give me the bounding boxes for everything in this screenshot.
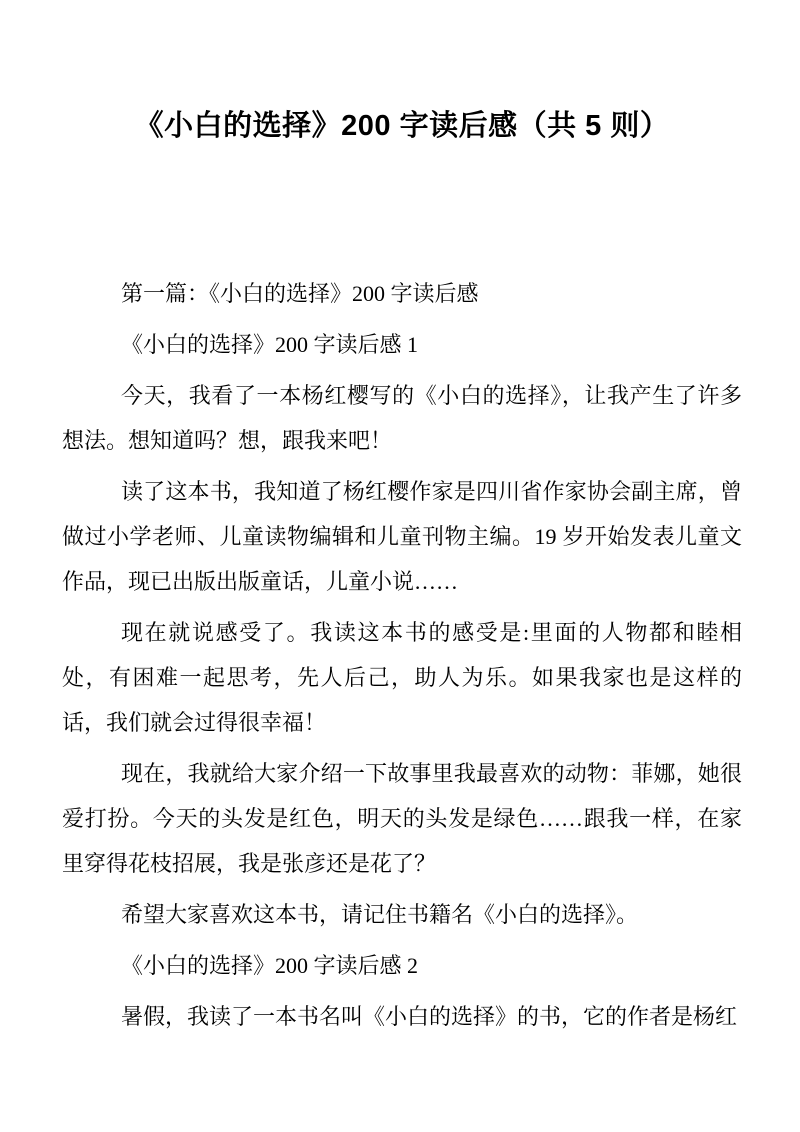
- document-title: 《小白的选择》200 字读后感（共 5 则）: [62, 105, 742, 147]
- subsection-heading-review1: 《小白的选择》200 字读后感 1: [62, 322, 742, 367]
- document-page: 《小白的选择》200 字读后感（共 5 则） 第一篇：《小白的选择》200 字读…: [0, 0, 800, 1132]
- paragraph: 希望大家喜欢这本书，请记住书籍名《小白的选择》。: [62, 892, 742, 937]
- paragraph: 读了这本书，我知道了杨红樱作家是四川省作家协会副主席，曾做过小学老师、儿童读物编…: [62, 469, 742, 604]
- paragraph: 现在就说感受了。我读这本书的感受是:里面的人物都和睦相处，有困难一起思考，先人后…: [62, 610, 742, 745]
- paragraph: 现在，我就给大家介绍一下故事里我最喜欢的动物：菲娜，她很爱打扮。今天的头发是红色…: [62, 751, 742, 886]
- paragraph: 今天，我看了一本杨红樱写的《小白的选择》，让我产生了许多想法。想知道吗？想，跟我…: [62, 373, 742, 463]
- paragraph: 暑假，我读了一本书名叫《小白的选择》的书，它的作者是杨红: [62, 994, 742, 1039]
- document-body: 第一篇：《小白的选择》200 字读后感 《小白的选择》200 字读后感 1 今天…: [62, 271, 742, 1039]
- section-heading-part1: 第一篇：《小白的选择》200 字读后感: [62, 271, 742, 316]
- subsection-heading-review2: 《小白的选择》200 字读后感 2: [62, 943, 742, 988]
